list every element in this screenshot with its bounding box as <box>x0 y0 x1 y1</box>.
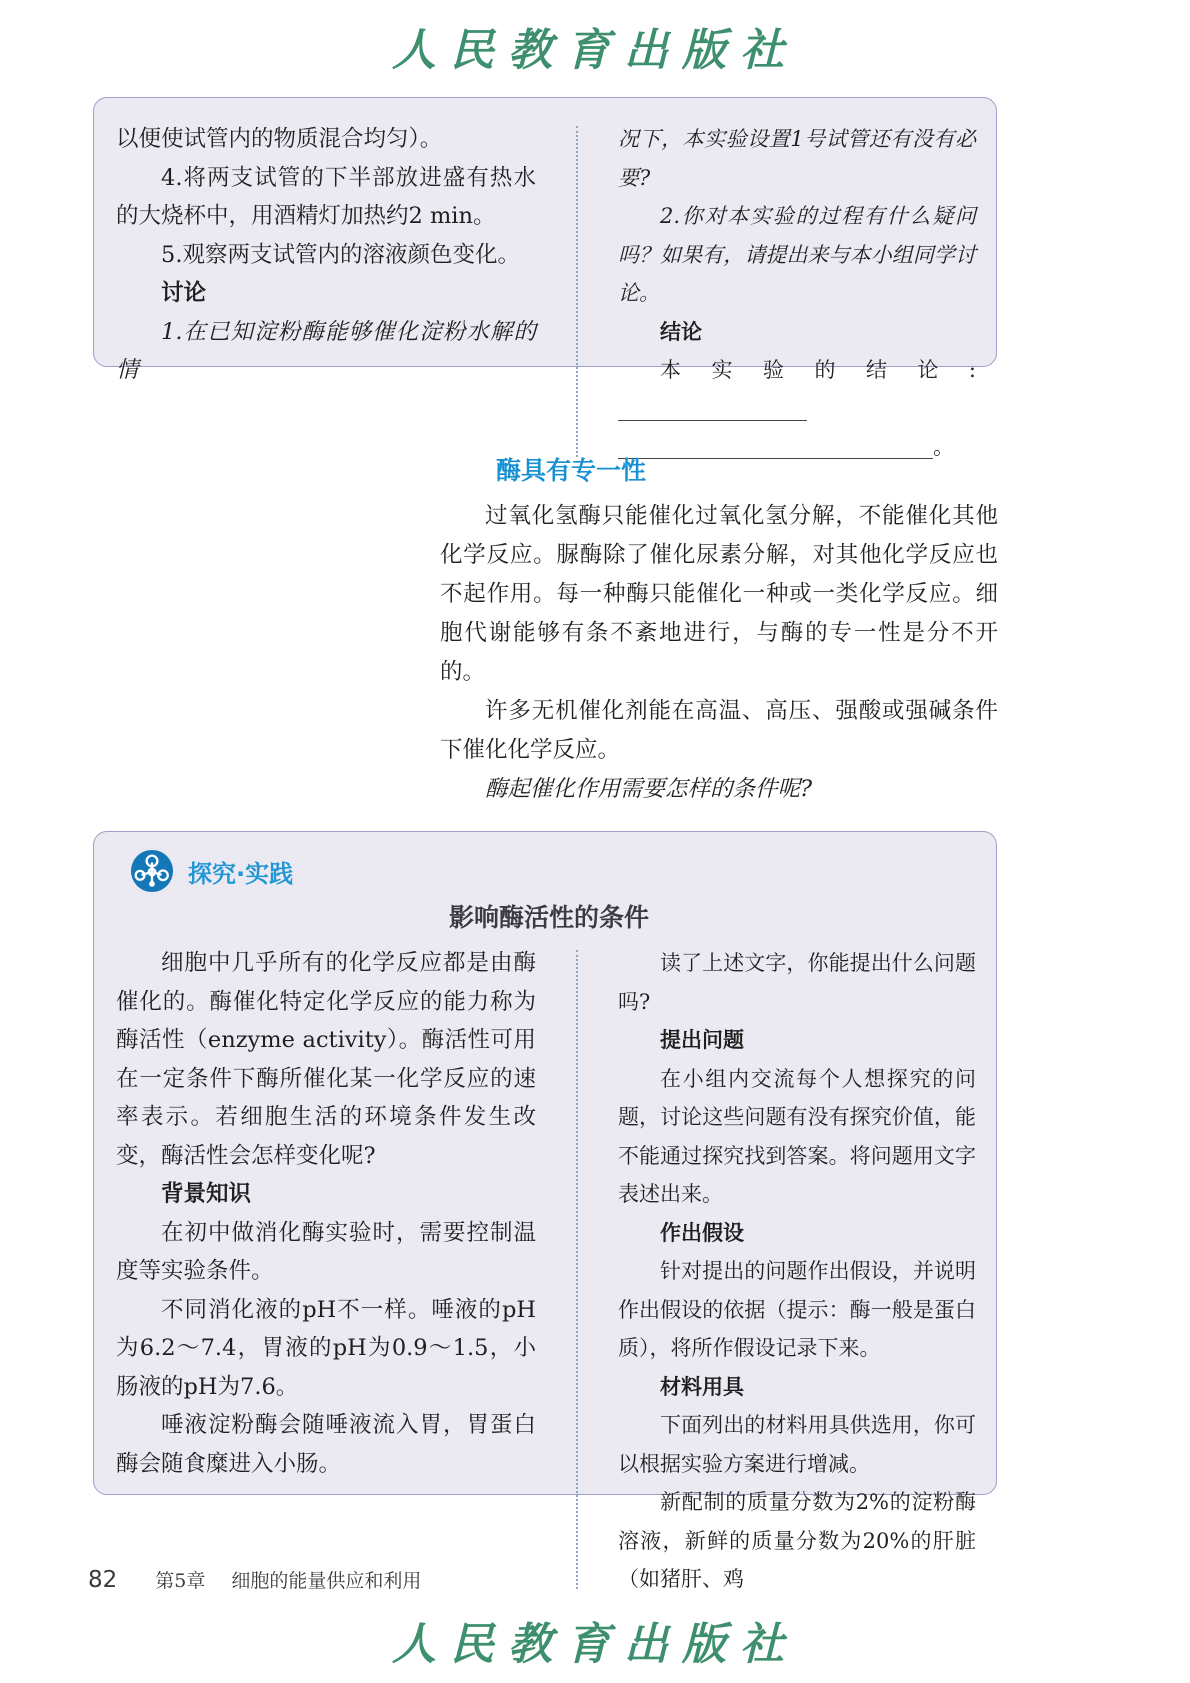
section-heading: 酶具有专一性 <box>496 455 998 487</box>
publisher-logo-bottom: 人民教育出版社 <box>0 1608 1190 1672</box>
explore-tag-label: 探究·实践 <box>188 854 293 889</box>
paragraph: 讨论 <box>116 274 536 313</box>
experiment-box-columns: 以便使试管内的物质混合均匀）。4.将两支试管的下半部放进盛有热水的大烧杯中，用酒… <box>116 120 982 467</box>
paragraph: 酶起催化作用需要怎样的条件呢? <box>440 770 998 809</box>
paragraph: 新配制的质量分数为2%的淀粉酶溶液，新鲜的质量分数为20%的肝脏（如猪肝、鸡 <box>618 1483 976 1599</box>
paragraph: 背景知识 <box>116 1175 536 1214</box>
explore-title: 影响酶活性的条件 <box>116 898 982 934</box>
chapter-label: 第5章 <box>155 1570 205 1592</box>
page-number: 82 <box>88 1567 117 1593</box>
chapter-title: 细胞的能量供应和利用 <box>231 1570 421 1592</box>
paragraph: 在初中做消化酶实验时，需要控制温度等实验条件。 <box>116 1214 536 1291</box>
paragraph: 过氧化氢酶只能催化过氧化氢分解，不能催化其他化学反应。脲酶除了催化尿素分解，对其… <box>440 497 998 692</box>
explore-header: 探究·实践 <box>130 848 982 894</box>
paragraph: 读了上述文字，你能提出什么问题吗? <box>618 944 976 1021</box>
paragraph: 况下，本实验设置1号试管还有没有必要? <box>618 120 976 197</box>
paragraph: 针对提出的问题作出假设，并说明作出假设的依据（提示：酶一般是蛋白质），将所作假设… <box>618 1252 976 1368</box>
paragraph: 许多无机催化剂能在高温、高压、强酸或强碱条件下催化化学反应。 <box>440 692 998 770</box>
page-footer: 82 第5章细胞的能量供应和利用 <box>88 1566 421 1593</box>
explore-box: 探究·实践 影响酶活性的条件 细胞中几乎所有的化学反应都是由酶催化的。酶催化特定… <box>93 831 997 1495</box>
paragraph: 作出假设 <box>618 1214 976 1253</box>
paragraph: 在小组内交流每个人想探究的问题，讨论这些问题有没有探究价值，能不能通过探究找到答… <box>618 1060 976 1214</box>
molecule-icon <box>130 849 174 893</box>
paragraph: 结论 <box>618 313 976 352</box>
paragraph: 唾液淀粉酶会随唾液流入胃，胃蛋白酶会随食糜进入小肠。 <box>116 1406 536 1483</box>
experiment-box-left-column: 以便使试管内的物质混合均匀）。4.将两支试管的下半部放进盛有热水的大烧杯中，用酒… <box>116 120 536 467</box>
column-divider <box>576 126 578 457</box>
paragraph: 以便使试管内的物质混合均匀）。 <box>116 120 536 159</box>
paragraph: 1.在已知淀粉酶能够催化淀粉水解的情 <box>116 313 536 390</box>
column-divider <box>576 950 578 1589</box>
paragraph: 细胞中几乎所有的化学反应都是由酶催化的。酶催化特定化学反应的能力称为酶活性（en… <box>116 944 536 1175</box>
paragraph: 不同消化液的pH不一样。唾液的pH为6.2～7.4，胃液的pH为0.9～1.5，… <box>116 1291 536 1407</box>
section-body: 过氧化氢酶只能催化过氧化氢分解，不能催化其他化学反应。脲酶除了催化尿素分解，对其… <box>440 497 998 809</box>
specificity-section: 酶具有专一性 过氧化氢酶只能催化过氧化氢分解，不能催化其他化学反应。脲酶除了催化… <box>440 455 998 809</box>
paragraph: 5.观察两支试管内的溶液颜色变化。 <box>116 236 536 275</box>
textbook-page: 人民教育出版社 以便使试管内的物质混合均匀）。4.将两支试管的下半部放进盛有热水… <box>0 0 1190 1683</box>
explore-box-right-column: 读了上述文字，你能提出什么问题吗?提出问题在小组内交流每个人想探究的问题，讨论这… <box>618 944 982 1599</box>
paragraph: 提出问题 <box>618 1021 976 1060</box>
experiment-box: 以便使试管内的物质混合均匀）。4.将两支试管的下半部放进盛有热水的大烧杯中，用酒… <box>93 97 997 367</box>
explore-box-columns: 细胞中几乎所有的化学反应都是由酶催化的。酶催化特定化学反应的能力称为酶活性（en… <box>116 944 982 1599</box>
experiment-box-right-column: 况下，本实验设置1号试管还有没有必要?2.你对本实验的过程有什么疑问吗？如果有，… <box>618 120 982 467</box>
paragraph: 下面列出的材料用具供选用，你可以根据实验方案进行增减。 <box>618 1406 976 1483</box>
explore-box-left-column: 细胞中几乎所有的化学反应都是由酶催化的。酶催化特定化学反应的能力称为酶活性（en… <box>116 944 536 1599</box>
publisher-logo-top: 人民教育出版社 <box>0 14 1190 78</box>
paragraph: 4.将两支试管的下半部放进盛有热水的大烧杯中，用酒精灯加热约2 min。 <box>116 159 536 236</box>
chapter-info: 第5章细胞的能量供应和利用 <box>155 1566 421 1593</box>
paragraph: 本实验的结论: __________________ <box>618 351 976 428</box>
paragraph: 材料用具 <box>618 1368 976 1407</box>
paragraph: 2.你对本实验的过程有什么疑问吗？如果有，请提出来与本小组同学讨论。 <box>618 197 976 313</box>
